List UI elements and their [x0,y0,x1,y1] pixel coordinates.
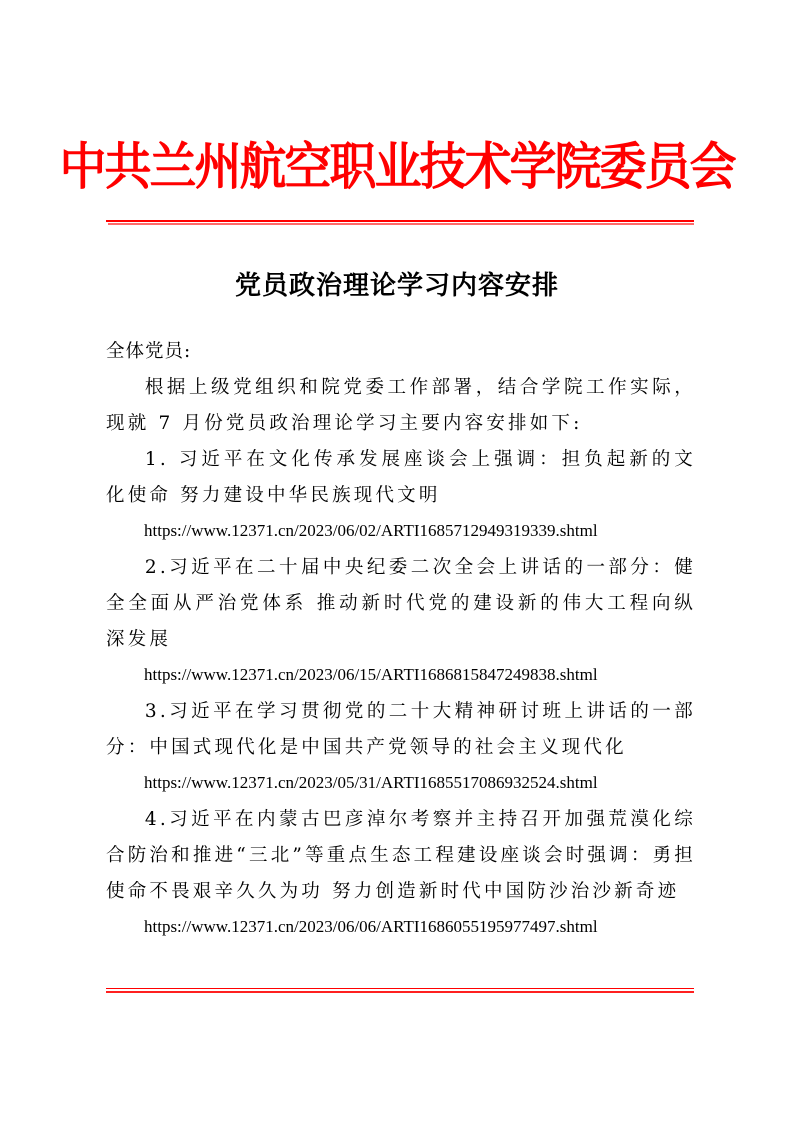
document-body: 全体党员: 根据上级党组织和院党委工作部署，结合学院工作实际，现就 7 月份党员… [106,334,696,946]
item-title: 习近平在内蒙古巴彦淖尔考察并主持召开加强荒漠化综合防治和推进“三北”等重点生态工… [106,809,696,902]
study-item-text: 1. 习近平在文化传承发展座谈会上强调：担负起新的文化使命 努力建设中华民族现代… [106,442,696,514]
study-item-text: 3.习近平在学习贯彻党的二十大精神研讨班上讲话的一部分：中国式现代化是中国共产党… [106,694,696,766]
study-item-text: 2.习近平在二十届中央纪委二次全会上讲话的一部分：健全全面从严治党体系 推动新时… [106,550,696,658]
item-title: 习近平在二十届中央纪委二次全会上讲话的一部分：健全全面从严治党体系 推动新时代党… [106,557,696,650]
item-link[interactable]: https://www.12371.cn/2023/06/06/ARTI1686… [106,910,696,944]
divider-thick-line [106,991,694,993]
divider-thin-line [108,223,694,225]
footer-divider [106,988,694,996]
study-item-3: 3.习近平在学习贯彻党的二十大精神研讨班上讲话的一部分：中国式现代化是中国共产党… [106,694,696,800]
intro-paragraph: 根据上级党组织和院党委工作部署，结合学院工作实际，现就 7 月份党员政治理论学习… [106,370,696,442]
item-number: 2. [145,557,169,578]
salutation: 全体党员: [106,334,696,370]
divider-thick-line [106,220,694,222]
item-number: 1. [145,449,169,470]
item-link[interactable]: https://www.12371.cn/2023/05/31/ARTI1685… [106,766,696,800]
item-number: 3. [145,701,169,722]
study-item-2: 2.习近平在二十届中央纪委二次全会上讲话的一部分：健全全面从严治党体系 推动新时… [106,550,696,692]
item-link[interactable]: https://www.12371.cn/2023/06/15/ARTI1686… [106,658,696,692]
study-item-1: 1. 习近平在文化传承发展座谈会上强调：担负起新的文化使命 努力建设中华民族现代… [106,442,696,548]
item-title: 习近平在文化传承发展座谈会上强调：担负起新的文化使命 努力建设中华民族现代文明 [106,449,696,506]
item-title: 习近平在学习贯彻党的二十大精神研讨班上讲话的一部分：中国式现代化是中国共产党领导… [106,701,696,758]
item-link[interactable]: https://www.12371.cn/2023/06/02/ARTI1685… [106,514,696,548]
study-item-text: 4.习近平在内蒙古巴彦淖尔考察并主持召开加强荒漠化综合防治和推进“三北”等重点生… [106,802,696,910]
header-divider [106,220,694,228]
document-title: 党员政治理论学习内容安排 [0,266,794,306]
divider-thin-line [106,988,694,989]
organization-masthead: 中共兰州航空职业技术学院委员会 [0,136,794,201]
study-item-4: 4.习近平在内蒙古巴彦淖尔考察并主持召开加强荒漠化综合防治和推进“三北”等重点生… [106,802,696,944]
item-number: 4. [145,809,169,830]
